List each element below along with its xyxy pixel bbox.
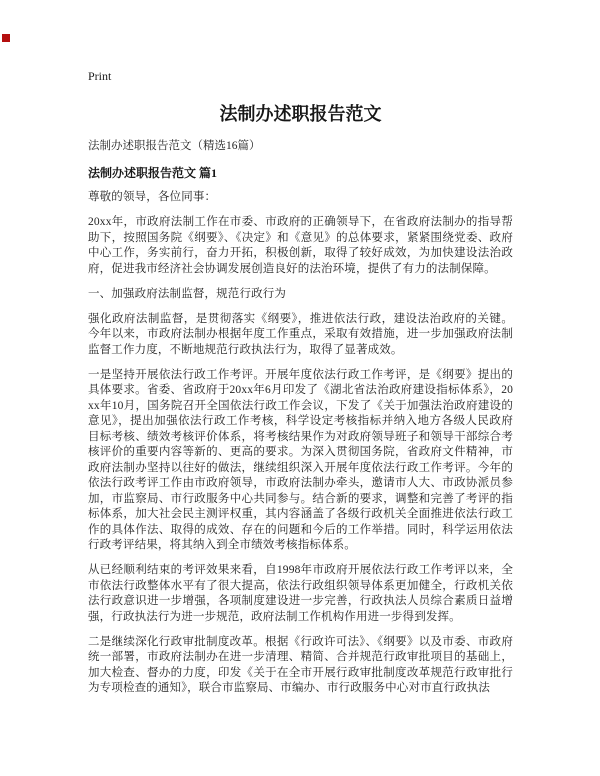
paragraph-body: 二是继续深化行政审批制度改革。根据《行政许可法》、《纲要》以及市委、市政府统一部…	[88, 635, 513, 697]
paragraph-body: 一是坚持开展依法行政工作考评。开展年度依法行政工作考评，是《纲要》提出的具体要求…	[88, 368, 513, 554]
paragraph-salutation: 尊敬的领导，各位同事：	[88, 190, 513, 206]
paragraph-subheading: 一、加强政府法制监督，规范行政行为	[88, 287, 513, 303]
article-body: 尊敬的领导，各位同事：20xx年，市政府法制工作在市委、市政府的正确领导下，在省…	[88, 190, 513, 697]
red-square-marker	[2, 34, 10, 42]
paragraph-body: 强化政府法制监督，是贯彻落实《纲要》，推进依法行政，建设法治政府的关键。今年以来…	[88, 312, 513, 359]
paragraph-body: 从已经顺利结束的考评效果来看，自1998年市政府开展依法行政工作考评以来，全市依…	[88, 563, 513, 625]
article-title: 法制办述职报告范文	[88, 103, 513, 125]
article-subtitle: 法制办述职报告范文（精选16篇）	[88, 139, 513, 155]
print-button[interactable]: Print	[88, 69, 111, 83]
article-page: Print 法制办述职报告范文 法制办述职报告范文（精选16篇） 法制办述职报告…	[88, 69, 513, 697]
section-title: 法制办述职报告范文 篇1	[88, 165, 513, 181]
paragraph-body: 20xx年，市政府法制工作在市委、市政府的正确领导下，在省政府法制办的指导帮助下…	[88, 215, 513, 277]
